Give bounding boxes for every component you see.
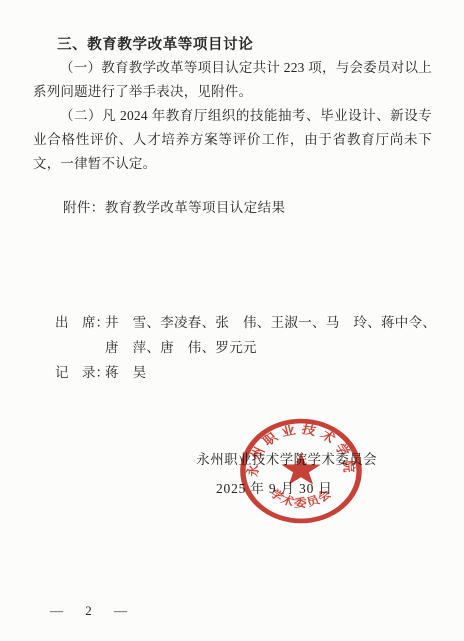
attendees-label: 出 席： xyxy=(55,310,105,335)
paragraph-1: （一）教育教学改革等项目认定共计 223 项，与会委员对以上系列问题进行了举手表… xyxy=(33,56,432,104)
official-seal-stamp: 永州职业技术学院 学术委员会 xyxy=(237,416,365,526)
attendance-row: 记 录： 蒋 昊 xyxy=(55,360,436,385)
attendees-label-empty xyxy=(55,335,105,360)
attendance-row: 唐 萍、唐 伟、罗元元 xyxy=(55,335,436,360)
signature-date: 2025 年 9 月 30 日 xyxy=(216,477,333,497)
attendance-block: 出 席： 井 雪、李凌春、张 伟、王淑一、马 玲、蒋中令、 唐 萍、唐 伟、罗元… xyxy=(55,310,436,385)
paragraph-2: （二）凡 2024 年教育厅组织的技能抽考、毕业设计、新设专业合格性评价、人才培… xyxy=(33,104,432,176)
page-number: — 2 — xyxy=(50,603,134,619)
body-text: （一）教育教学改革等项目认定共计 223 项，与会委员对以上系列问题进行了举手表… xyxy=(33,56,432,176)
signature-organization: 永州职业技术学院学术委员会 xyxy=(196,448,377,468)
seal-ring xyxy=(243,421,359,521)
attendees-names-line2: 唐 萍、唐 伟、罗元元 xyxy=(105,335,257,360)
attachment-line: 附件：教育教学改革等项目认定结果 xyxy=(63,196,285,216)
recorder-label: 记 录： xyxy=(55,360,105,385)
section-heading: 三、教育教学改革等项目讨论 xyxy=(57,33,253,54)
attendees-names-line1: 井 雪、李凌春、张 伟、王淑一、马 玲、蒋中令、 xyxy=(105,310,436,335)
document-page: 三、教育教学改革等项目讨论 （一）教育教学改革等项目认定共计 223 项，与会委… xyxy=(0,0,464,641)
attendance-row: 出 席： 井 雪、李凌春、张 伟、王淑一、马 玲、蒋中令、 xyxy=(55,310,436,335)
recorder-name: 蒋 昊 xyxy=(105,360,146,385)
